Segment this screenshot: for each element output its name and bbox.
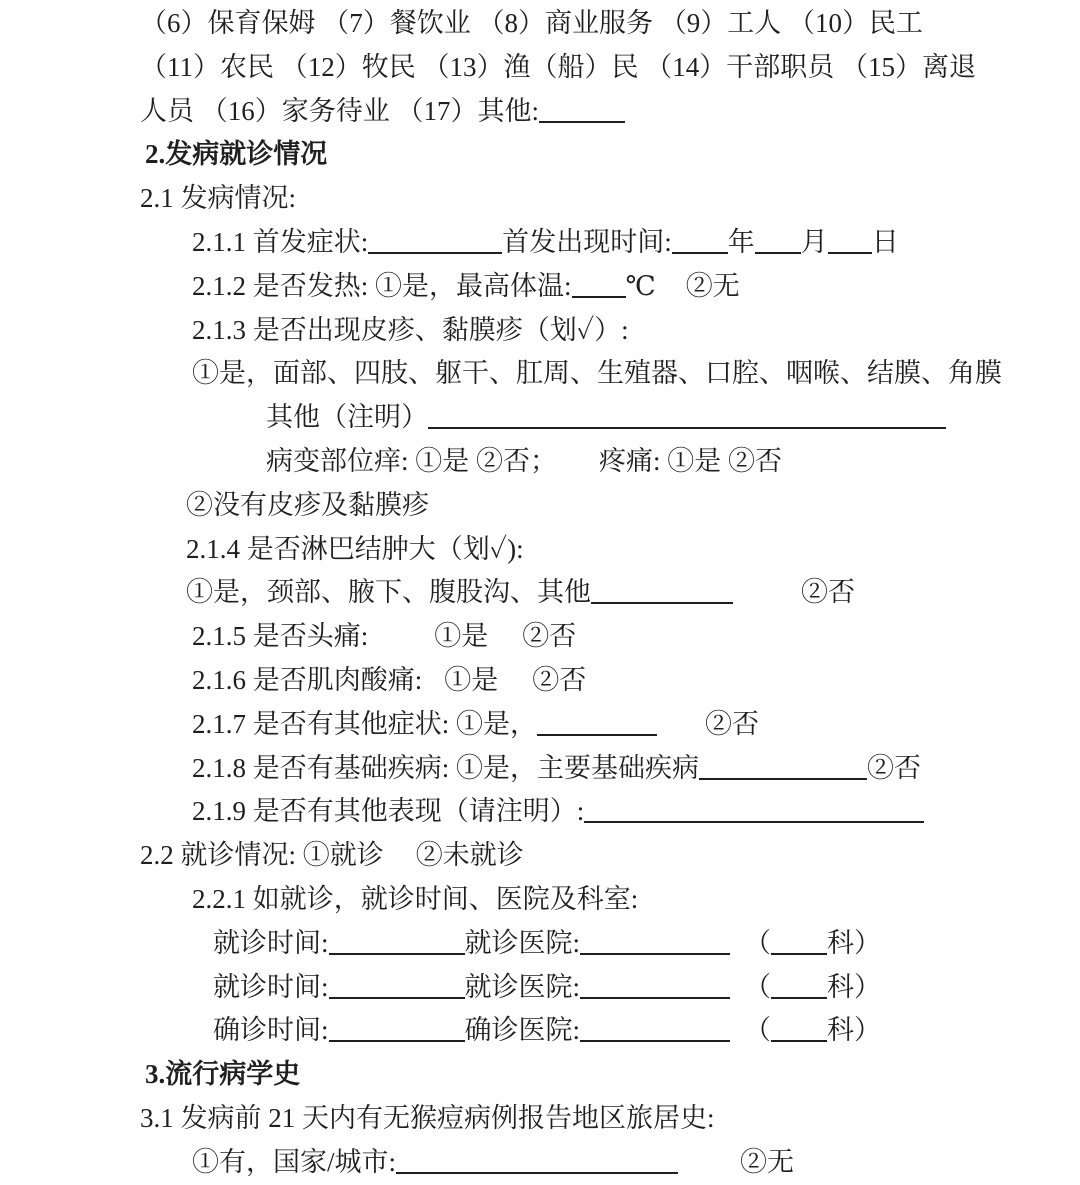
line-q31-options: ①有，国家/城市: ②无 — [140, 1141, 962, 1185]
visit-time-label-2: 就诊时间: — [213, 966, 329, 1010]
confirm-paren-open: （ — [744, 1009, 771, 1053]
visit-hospital-blank-1[interactable] — [580, 929, 730, 955]
q213-yes-option[interactable]: ①是，面部、四肢、躯干、肛周、生殖器、口腔、咽喉、结膜、角膜 — [192, 352, 1002, 396]
confirm-dept-label: 科） — [827, 1009, 881, 1053]
q217-no-option[interactable]: ②否 — [705, 703, 759, 747]
q221-label: 2.2.1 如就诊，就诊时间、医院及科室: — [192, 878, 638, 922]
visit-dept-blank-1[interactable] — [771, 929, 827, 955]
q214-label: 2.1.4 是否淋巴结肿大（划✓): — [186, 528, 524, 572]
onset-year-blank[interactable] — [672, 228, 728, 254]
line-q21: 2.1 发病情况: — [140, 177, 962, 221]
occupation-options-line-2: （11）农民 （12）牧民 （13）渔（船）民 （14）干部职员 （15）离退 — [140, 46, 962, 90]
q215-yes-option[interactable]: ①是 — [434, 615, 488, 659]
q211-prefix: 2.1.1 首发症状: — [192, 221, 368, 265]
line-q214-yes: ①是，颈部、腋下、腹股沟、其他②否 — [140, 571, 962, 615]
q211-year: 年 — [728, 221, 755, 265]
line-q218: 2.1.8 是否有基础疾病: ①是，主要基础疾病②否 — [140, 747, 962, 791]
q213-other-prefix: 其他（注明） — [266, 396, 428, 440]
line-q217: 2.1.7 是否有其他症状: ①是，②否 — [140, 703, 962, 747]
lymph-other-blank[interactable] — [591, 578, 733, 604]
q214-no-option[interactable]: ②否 — [801, 571, 855, 615]
q213-no-option[interactable]: ②没有皮疹及黏膜疹 — [186, 484, 429, 528]
line-q215: 2.1.5 是否头痛:①是②否 — [140, 615, 962, 659]
q213-itch-options[interactable]: 病变部位痒: ①是 ②否； — [266, 440, 557, 484]
section3-heading: 3.流行病学史 — [140, 1053, 962, 1097]
occupation-options-line-3: 人员 （16）家务待业 （17）其他: — [140, 90, 962, 134]
line-q213: 2.1.3 是否出现皮疹、黏膜疹（划✓）: — [140, 309, 962, 353]
line-q211: 2.1.1 首发症状: 首发出现时间: 年月日 — [140, 221, 962, 265]
confirm-hospital-blank[interactable] — [580, 1016, 730, 1042]
line-q213-yes: ①是，面部、四肢、躯干、肛周、生殖器、口腔、咽喉、结膜、角膜 — [140, 352, 962, 396]
first-symptom-blank[interactable] — [368, 228, 502, 254]
visit-paren-open-1: （ — [744, 922, 771, 966]
q212-prefix: 2.1.2 是否发热: ①是，最高体温: — [192, 265, 572, 309]
q217-prefix: 2.1.7 是否有其他症状: ①是， — [192, 703, 537, 747]
confirm-row: 确诊时间: 确诊医院: （科） — [140, 1009, 962, 1053]
occupation-options-text-1: （6）保育保姆 （7）餐饮业 （8）商业服务 （9）工人 （10）民工 — [140, 2, 923, 46]
line-q213-no: ②没有皮疹及黏膜疹 — [140, 484, 962, 528]
visit-time-blank-1[interactable] — [329, 929, 465, 955]
visit-paren-open-2: （ — [744, 966, 771, 1010]
q218-no-option[interactable]: ②否 — [867, 747, 921, 791]
line-q216: 2.1.6 是否肌肉酸痛:①是②否 — [140, 659, 962, 703]
line-q31: 3.1 发病前 21 天内有无猴痘病例报告地区旅居史: — [140, 1097, 962, 1141]
visit-hospital-label-2: 就诊医院: — [465, 966, 581, 1010]
line-q213-other: 其他（注明） — [140, 396, 962, 440]
q31-label: 3.1 发病前 21 天内有无猴痘病例报告地区旅居史: — [140, 1097, 715, 1141]
q218-prefix: 2.1.8 是否有基础疾病: ①是，主要基础疾病 — [192, 747, 699, 791]
max-temp-blank[interactable] — [572, 272, 626, 298]
line-q219: 2.1.9 是否有其他表现（请注明）: — [140, 790, 962, 834]
q215-no-option[interactable]: ②否 — [522, 615, 576, 659]
section3-heading-text: 3.流行病学史 — [145, 1053, 300, 1097]
visit-row-1: 就诊时间: 就诊医院: （科） — [140, 922, 962, 966]
q31-yes-prefix[interactable]: ①有，国家/城市: — [192, 1141, 396, 1185]
confirm-hospital-label: 确诊医院: — [465, 1009, 581, 1053]
line-q22: 2.2 就诊情况: ①就诊②未就诊 — [140, 834, 962, 878]
q213-pain-options[interactable]: 疼痛: ①是 ②否 — [599, 440, 782, 484]
other-manifestation-blank[interactable] — [584, 797, 924, 823]
confirm-dept-blank[interactable] — [771, 1016, 827, 1042]
visit-time-label-1: 就诊时间: — [213, 922, 329, 966]
visit-row-2: 就诊时间: 就诊医院: （科） — [140, 966, 962, 1010]
form-page: （6）保育保姆 （7）餐饮业 （8）商业服务 （9）工人 （10）民工 （11）… — [0, 0, 1080, 1185]
visit-hospital-label-1: 就诊医院: — [465, 922, 581, 966]
confirm-time-label: 确诊时间: — [213, 1009, 329, 1053]
section2-heading-text: 2.发病就诊情况 — [145, 133, 327, 177]
q31-no-option[interactable]: ②无 — [740, 1141, 794, 1185]
q211-day: 日 — [872, 221, 899, 265]
line-q212: 2.1.2 是否发热: ①是，最高体温: ℃②无 — [140, 265, 962, 309]
visit-time-blank-2[interactable] — [329, 973, 465, 999]
q216-yes-option[interactable]: ①是 — [444, 659, 498, 703]
visit-dept-blank-2[interactable] — [771, 973, 827, 999]
section2-heading: 2.发病就诊情况 — [140, 133, 962, 177]
underlying-disease-blank[interactable] — [699, 754, 867, 780]
visit-hospital-blank-2[interactable] — [580, 973, 730, 999]
visit-dept-label-2: 科） — [827, 966, 881, 1010]
q219-prefix: 2.1.9 是否有其他表现（请注明）: — [192, 790, 584, 834]
q22-no-option[interactable]: ②未就诊 — [416, 834, 524, 878]
q212-unit: ℃ — [626, 265, 656, 309]
occupation-options-text-2: （11）农民 （12）牧民 （13）渔（船）民 （14）干部职员 （15）离退 — [140, 46, 976, 90]
occupation-other-blank[interactable] — [539, 97, 625, 123]
q214-yes-prefix[interactable]: ①是，颈部、腋下、腹股沟、其他 — [186, 571, 591, 615]
line-q221: 2.2.1 如就诊，就诊时间、医院及科室: — [140, 878, 962, 922]
q22-label[interactable]: 2.2 就诊情况: ①就诊 — [140, 834, 384, 878]
q211-mid: 首发出现时间: — [502, 221, 672, 265]
q211-month: 月 — [801, 221, 828, 265]
visit-dept-label-1: 科） — [827, 922, 881, 966]
travel-country-city-blank[interactable] — [396, 1148, 678, 1174]
q215-prefix: 2.1.5 是否头痛: — [192, 615, 368, 659]
rash-other-note-blank[interactable] — [428, 403, 946, 429]
q21-label: 2.1 发病情况: — [140, 177, 296, 221]
q216-no-option[interactable]: ②否 — [532, 659, 586, 703]
line-q214: 2.1.4 是否淋巴结肿大（划✓): — [140, 528, 962, 572]
q216-prefix: 2.1.6 是否肌肉酸痛: — [192, 659, 422, 703]
occupation-options-text-3: 人员 （16）家务待业 （17）其他: — [140, 90, 539, 134]
q213-label: 2.1.3 是否出现皮疹、黏膜疹（划✓）: — [192, 309, 629, 353]
onset-month-blank[interactable] — [755, 228, 801, 254]
line-q213-itch-pain: 病变部位痒: ①是 ②否；疼痛: ①是 ②否 — [140, 440, 962, 484]
other-symptom-blank[interactable] — [537, 710, 657, 736]
occupation-options-line-1: （6）保育保姆 （7）餐饮业 （8）商业服务 （9）工人 （10）民工 — [140, 2, 962, 46]
onset-day-blank[interactable] — [828, 228, 872, 254]
q212-no-option[interactable]: ②无 — [686, 265, 740, 309]
confirm-time-blank[interactable] — [329, 1016, 465, 1042]
